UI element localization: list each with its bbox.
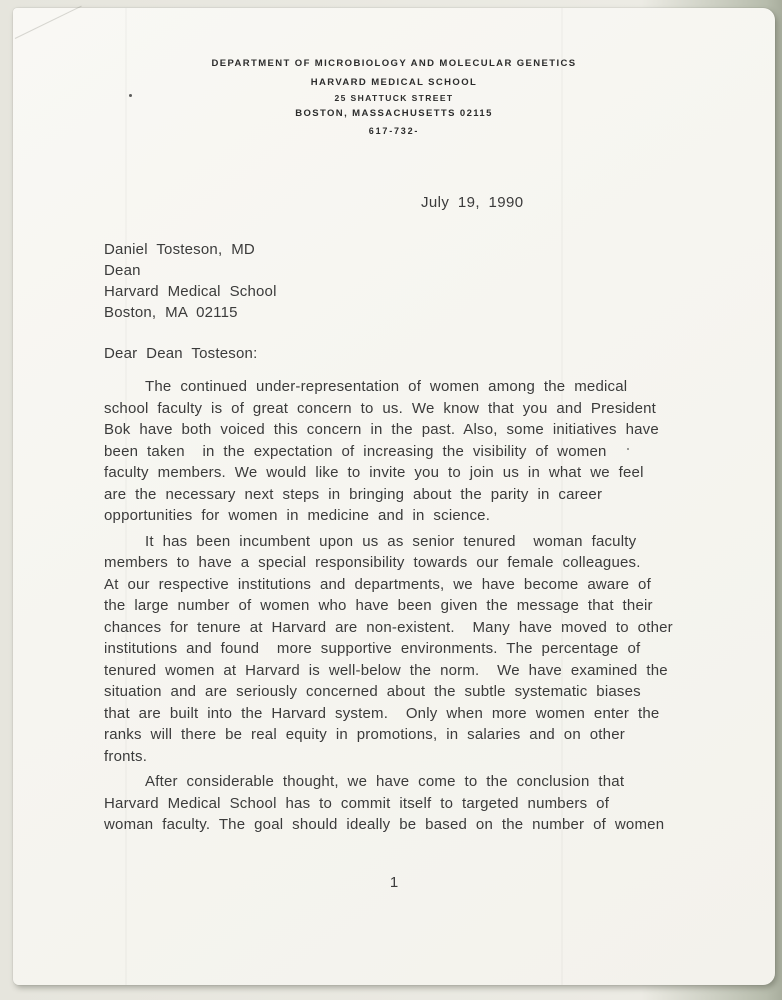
page-number: 1 [13, 874, 775, 891]
letterhead-street: 25 SHATTUCK STREET [13, 93, 775, 103]
scanned-letter-page: { "letterhead": { "lines": [ "DEPARTMENT… [0, 0, 782, 1000]
body-line: institutions and found more supportive e… [104, 638, 690, 660]
body-line: It has been incumbent upon us as senior … [104, 531, 690, 553]
letterhead-institution: HARVARD MEDICAL SCHOOL [13, 77, 775, 88]
body-line: The continued under-representation of wo… [104, 376, 690, 398]
salutation: Dear Dean Tosteson: [104, 343, 257, 365]
paragraph-1: The continued under-representation of wo… [104, 376, 690, 527]
body-line: school faculty is of great concern to us… [104, 398, 690, 420]
body-line: Harvard Medical School has to commit its… [104, 793, 690, 815]
body-line: faculty members. We would like to invite… [104, 462, 690, 484]
letterhead-department: DEPARTMENT OF MICROBIOLOGY AND MOLECULAR… [13, 58, 775, 69]
recipient-address: Daniel Tosteson, MD Dean Harvard Medical… [104, 239, 277, 323]
body-line: ranks will there be real equity in promo… [104, 724, 690, 746]
paragraph-3: After considerable thought, we have come… [104, 771, 690, 836]
letter-date: July 19, 1990 [421, 194, 523, 211]
body-line: been taken in the expectation of increas… [104, 441, 690, 463]
letterhead-city: BOSTON, MASSACHUSETTS 02115 [13, 108, 775, 119]
body-line: the large number of women who have been … [104, 595, 690, 617]
letter-body: The continued under-representation of wo… [104, 376, 690, 840]
paper-fold-crease [15, 6, 82, 39]
body-line: situation and are seriously concerned ab… [104, 681, 690, 703]
letter-paper: DEPARTMENT OF MICROBIOLOGY AND MOLECULAR… [13, 8, 775, 985]
body-line: members to have a special responsibility… [104, 552, 690, 574]
body-line: Bok have both voiced this concern in the… [104, 419, 690, 441]
body-line: At our respective institutions and depar… [104, 574, 690, 596]
recipient-title: Dean [104, 260, 277, 281]
paragraph-2: It has been incumbent upon us as senior … [104, 531, 690, 768]
recipient-institution: Harvard Medical School [104, 281, 277, 302]
body-line: woman faculty. The goal should ideally b… [104, 814, 690, 836]
body-line: are the necessary next steps in bringing… [104, 484, 690, 506]
letterhead-phone: 617-732- [13, 126, 775, 136]
body-line: chances for tenure at Harvard are non-ex… [104, 617, 690, 639]
recipient-city: Boston, MA 02115 [104, 302, 277, 323]
body-line: fronts. [104, 746, 690, 768]
body-line: opportunities for women in medicine and … [104, 505, 690, 527]
body-line: that are built into the Harvard system. … [104, 703, 690, 725]
body-line: tenured women at Harvard is well-below t… [104, 660, 690, 682]
recipient-name: Daniel Tosteson, MD [104, 239, 277, 260]
body-line: After considerable thought, we have come… [104, 771, 690, 793]
